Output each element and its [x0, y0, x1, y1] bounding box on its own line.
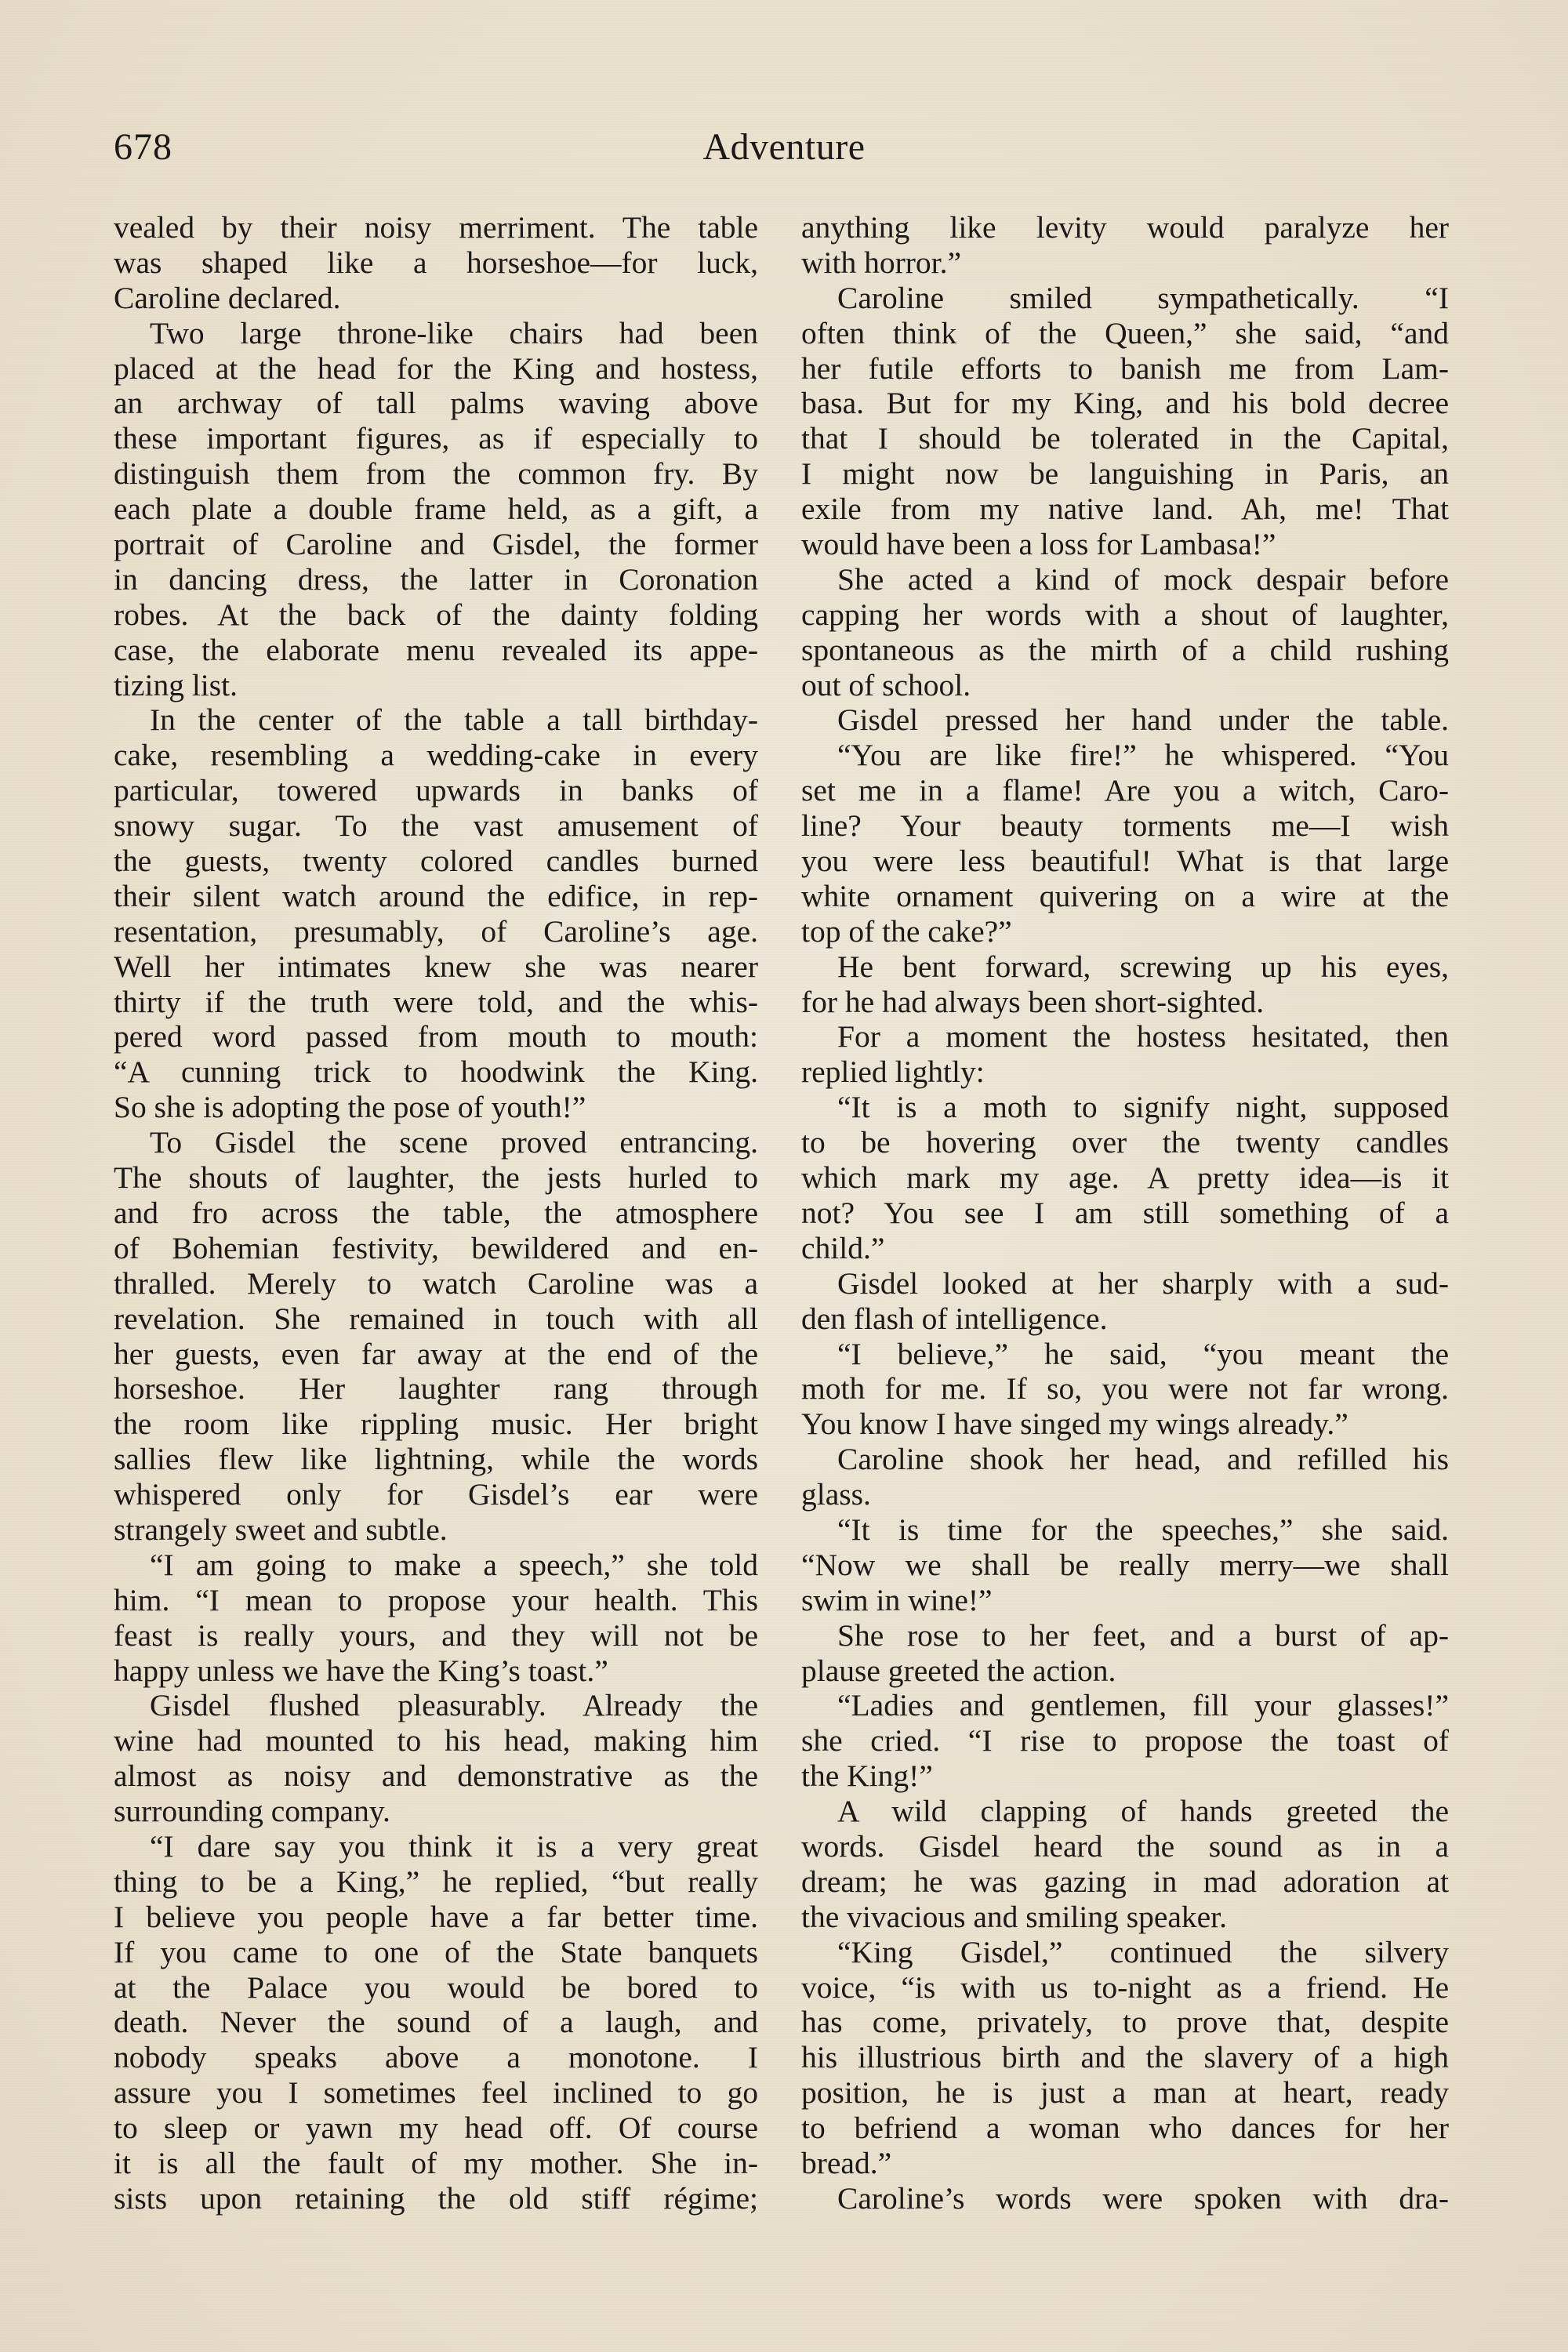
text-line: to sleep or yawn my head off. Of course — [114, 2111, 758, 2146]
text-line: replied lightly: — [801, 1054, 1449, 1090]
text-line: often think of the Queen,” she said, “an… — [801, 316, 1449, 351]
text-line: spontaneous as the mirth of a child rush… — [801, 633, 1449, 668]
text-line: voice, “is with us to-night as a friend.… — [801, 1970, 1449, 2005]
text-line: it is all the fault of my mother. She in… — [114, 2146, 758, 2181]
text-line: Well her intimates knew she was nearer — [114, 949, 758, 985]
text-line: snowy sugar. To the vast amusement of — [114, 808, 758, 844]
text-line: their silent watch around the edifice, i… — [114, 879, 758, 914]
text-line: each plate a double frame held, as a gif… — [114, 492, 758, 527]
text-line: moth for me. If so, you were not far wro… — [801, 1371, 1449, 1406]
text-line: tizing list. — [114, 668, 758, 703]
text-line: for he had always been short-sighted. — [801, 985, 1449, 1020]
text-line: “King Gisdel,” continued the silvery — [801, 1935, 1449, 1970]
text-line: the King!” — [801, 1759, 1449, 1794]
text-line: swim in wine!” — [801, 1583, 1449, 1618]
text-line: exile from my native land. Ah, me! That — [801, 492, 1449, 527]
text-line: happy unless we have the King’s toast.” — [114, 1653, 758, 1689]
text-line: white ornament quivering on a wire at th… — [801, 879, 1449, 914]
text-line: “You are like fire!” he whispered. “You — [801, 738, 1449, 773]
text-line: sists upon retaining the old stiff régim… — [114, 2181, 758, 2216]
text-line: Gisdel pressed her hand under the table. — [801, 702, 1449, 738]
text-line: bread.” — [801, 2146, 1449, 2181]
text-line: him. “I mean to propose your health. Thi… — [114, 1583, 758, 1618]
text-line: pered word passed from mouth to mouth: — [114, 1019, 758, 1054]
text-line: Caroline declared. — [114, 281, 758, 316]
text-line: these important figures, as if especiall… — [114, 421, 758, 456]
text-line: surrounding company. — [114, 1794, 758, 1829]
text-line: child.” — [801, 1231, 1449, 1266]
text-line: If you came to one of the State banquets — [114, 1935, 758, 1970]
text-line: strangely sweet and subtle. — [114, 1512, 758, 1548]
text-line: distinguish them from the common fry. By — [114, 456, 758, 492]
text-line: vealed by their noisy merriment. The tab… — [114, 210, 758, 245]
text-line: wine had mounted to his head, making him — [114, 1723, 758, 1759]
text-line: robes. At the back of the dainty folding — [114, 597, 758, 633]
text-line: thirty if the truth were told, and the w… — [114, 985, 758, 1020]
text-line: cake, resembling a wedding-cake in every — [114, 738, 758, 773]
text-line: “I dare say you think it is a very great — [114, 1829, 758, 1864]
right-text-column: anything like levity would paralyze herw… — [801, 210, 1449, 2216]
text-line: A wild clapping of hands greeted the — [801, 1794, 1449, 1829]
text-line: the guests, twenty colored candles burne… — [114, 844, 758, 879]
text-line: Two large throne-like chairs had been — [114, 316, 758, 351]
text-line: the vivacious and smiling speaker. — [801, 1900, 1449, 1935]
text-line: anything like levity would paralyze her — [801, 210, 1449, 245]
text-line: plause greeted the action. — [801, 1653, 1449, 1689]
running-head-title: Adventure — [0, 125, 1568, 169]
text-line: “Now we shall be really merry—we shall — [801, 1548, 1449, 1583]
text-line: her guests, even far away at the end of … — [114, 1337, 758, 1372]
text-line: “I am going to make a speech,” she told — [114, 1548, 758, 1583]
text-line: The shouts of laughter, the jests hurled… — [114, 1160, 758, 1196]
text-line: Caroline smiled sympathetically. “I — [801, 281, 1449, 316]
text-line: with horror.” — [801, 245, 1449, 281]
text-line: would have been a loss for Lambasa!” — [801, 527, 1449, 562]
text-line: his illustrious birth and the slavery of… — [801, 2040, 1449, 2075]
text-line: in dancing dress, the latter in Coronati… — [114, 562, 758, 597]
text-line: capping her words with a shout of laught… — [801, 597, 1449, 633]
text-line: den flash of intelligence. — [801, 1301, 1449, 1337]
text-line: glass. — [801, 1477, 1449, 1512]
text-line: death. Never the sound of a laugh, and — [114, 2005, 758, 2040]
text-line: horseshoe. Her laughter rang through — [114, 1371, 758, 1406]
text-line: her futile efforts to banish me from Lam… — [801, 351, 1449, 387]
text-line: Gisdel flushed pleasurably. Already the — [114, 1688, 758, 1723]
text-line: dream; he was gazing in mad adoration at — [801, 1864, 1449, 1900]
text-line: I might now be languishing in Paris, an — [801, 456, 1449, 492]
text-line: To Gisdel the scene proved entrancing. — [114, 1125, 758, 1160]
text-line: “It is time for the speeches,” she said. — [801, 1512, 1449, 1548]
text-line: almost as noisy and demonstrative as the — [114, 1759, 758, 1794]
text-line: not? You see I am still something of a — [801, 1196, 1449, 1231]
text-line: He bent forward, screwing up his eyes, — [801, 949, 1449, 985]
text-line: Caroline’s words were spoken with dra- — [801, 2181, 1449, 2216]
text-line: “A cunning trick to hoodwink the King. — [114, 1054, 758, 1090]
left-text-column: vealed by their noisy merriment. The tab… — [114, 210, 758, 2216]
text-line: line? Your beauty torments me—I wish — [801, 808, 1449, 844]
text-line: words. Gisdel heard the sound as in a — [801, 1829, 1449, 1864]
text-line: and fro across the table, the atmosphere — [114, 1196, 758, 1231]
text-line: “It is a moth to signify night, supposed — [801, 1090, 1449, 1125]
text-line: which mark my age. A pretty idea—is it — [801, 1160, 1449, 1196]
text-line: that I should be tolerated in the Capita… — [801, 421, 1449, 456]
text-line: particular, towered upwards in banks of — [114, 773, 758, 808]
text-line: thing to be a King,” he replied, “but re… — [114, 1864, 758, 1900]
text-line: you were less beautiful! What is that la… — [801, 844, 1449, 879]
text-line: nobody speaks above a monotone. I — [114, 2040, 758, 2075]
text-line: to befriend a woman who dances for her — [801, 2111, 1449, 2146]
text-line: I believe you people have a far better t… — [114, 1900, 758, 1935]
text-line: portrait of Caroline and Gisdel, the for… — [114, 527, 758, 562]
text-line: at the Palace you would be bored to — [114, 1970, 758, 2005]
text-line: whispered only for Gisdel’s ear were — [114, 1477, 758, 1512]
text-line: resentation, presumably, of Caroline’s a… — [114, 914, 758, 949]
text-line: In the center of the table a tall birthd… — [114, 702, 758, 738]
text-line: was shaped like a horseshoe—for luck, — [114, 245, 758, 281]
text-line: “I believe,” he said, “you meant the — [801, 1337, 1449, 1372]
text-line: basa. But for my King, and his bold decr… — [801, 386, 1449, 421]
text-line: out of school. — [801, 668, 1449, 703]
text-line: has come, privately, to prove that, desp… — [801, 2005, 1449, 2040]
text-line: sallies flew like lightning, while the w… — [114, 1442, 758, 1477]
text-line: You know I have singed my wings already.… — [801, 1406, 1449, 1442]
text-line: position, he is just a man at heart, rea… — [801, 2075, 1449, 2111]
text-line: of Bohemian festivity, bewildered and en… — [114, 1231, 758, 1266]
text-line: She rose to her feet, and a burst of ap- — [801, 1618, 1449, 1653]
text-line: thralled. Merely to watch Caroline was a — [114, 1266, 758, 1301]
text-line: revelation. She remained in touch with a… — [114, 1301, 758, 1337]
text-line: assure you I sometimes feel inclined to … — [114, 2075, 758, 2111]
text-line: Gisdel looked at her sharply with a sud- — [801, 1266, 1449, 1301]
text-line: set me in a flame! Are you a witch, Caro… — [801, 773, 1449, 808]
text-line: the room like rippling music. Her bright — [114, 1406, 758, 1442]
text-line: She acted a kind of mock despair before — [801, 562, 1449, 597]
text-line: an archway of tall palms waving above — [114, 386, 758, 421]
text-line: feast is really yours, and they will not… — [114, 1618, 758, 1653]
text-line: “Ladies and gentlemen, fill your glasses… — [801, 1688, 1449, 1723]
text-line: to be hovering over the twenty candles — [801, 1125, 1449, 1160]
text-line: Caroline shook her head, and refilled hi… — [801, 1442, 1449, 1477]
text-line: For a moment the hostess hesitated, then — [801, 1019, 1449, 1054]
text-line: So she is adopting the pose of youth!” — [114, 1090, 758, 1125]
text-line: case, the elaborate menu revealed its ap… — [114, 633, 758, 668]
text-line: she cried. “I rise to propose the toast … — [801, 1723, 1449, 1759]
text-line: top of the cake?” — [801, 914, 1449, 949]
text-line: placed at the head for the King and host… — [114, 351, 758, 387]
